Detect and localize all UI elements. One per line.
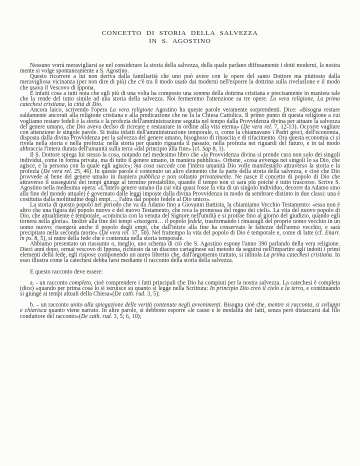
page-content: CONCETTO DI STORIA DELLA SALVEZZA IN S. … <box>0 0 360 466</box>
paragraph: La storia di questo popolo nel periodo c… <box>20 202 340 241</box>
document-page: CONCETTO DI STORIA DELLA SALVEZZA IN S. … <box>0 0 360 466</box>
paragraph: Abbiamo presentato un riassunto o, megli… <box>20 242 340 264</box>
paragraph: Questo ricorrere a lui non deriva dalla … <box>20 74 340 91</box>
text-segment: Nessuno vorrà meravigliarsi se nel consi… <box>20 63 340 75</box>
text-segment-italic: La prima catechesi cristiana <box>263 252 331 258</box>
text-segment: 3, 5); <box>146 291 160 297</box>
text-segment-italic: De cath. rud. <box>114 291 145 297</box>
text-segment: E questo racconto deve essere: <box>30 269 103 275</box>
text-segment: 3, 5; 6, 10); <box>112 313 141 319</box>
page-title-line-1: CONCETTO DI STORIA DELLA SALVEZZA <box>20 29 340 37</box>
paragraph: E questo racconto deve essere: <box>20 269 340 275</box>
text-segment-italic: De cath. rud. <box>81 313 112 319</box>
page-title: CONCETTO DI STORIA DELLA SALVEZZA IN S. … <box>20 29 340 45</box>
paragraph: Il S. Dottore spiega lui stesso la cosa,… <box>20 152 340 202</box>
paragraph: È infatti cosa a tutti nota che egli più… <box>20 91 340 108</box>
document-body: Nessuno vorrà meravigliarsi se nel consi… <box>20 63 340 319</box>
text-segment: quanto viene narrato. In altre parole, s… <box>20 308 340 320</box>
text-segment: Questo ricorrere a lui non deriva dalla … <box>20 74 340 91</box>
text-segment-italic: In principio Dio creò il cielo e la terr… <box>210 285 303 291</box>
paragraph: Ancora laico, scrivendo l'opera La vera … <box>20 108 340 153</box>
paragraph: b. – un racconto unito alla spiegazione … <box>20 303 340 320</box>
paragraph: a. - un racconto completo, cioè comprend… <box>20 280 340 297</box>
paragraph: Nessuno vorrà meravigliarsi se nel consi… <box>20 63 340 74</box>
page-title-line-2: IN S. AGOSTINO <box>20 37 340 45</box>
